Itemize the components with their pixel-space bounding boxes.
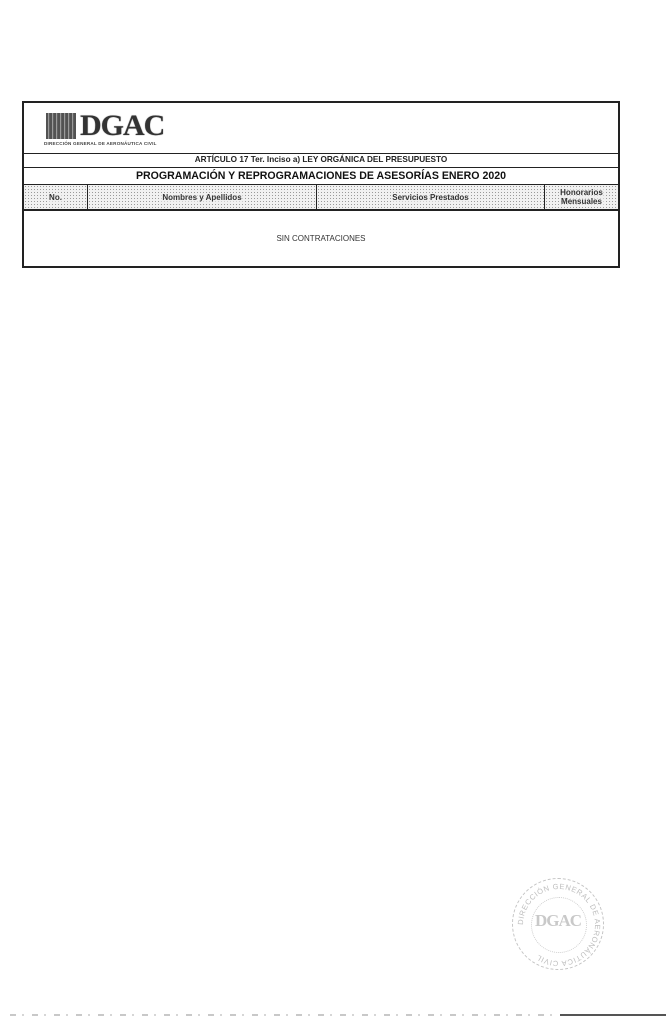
column-header-names: Nombres y Apellidos bbox=[88, 185, 317, 209]
stamp-logo: DGAC bbox=[535, 911, 581, 931]
logo-header-row: DGAC DIRECCIÓN GENERAL DE AERONÁUTICA CI… bbox=[24, 103, 618, 154]
article-reference: ARTÍCULO 17 Ter. Inciso a) LEY ORGÁNICA … bbox=[24, 153, 618, 168]
column-header-number: No. bbox=[24, 185, 88, 209]
empty-table-message: SIN CONTRATACIONES bbox=[24, 211, 618, 266]
document-table-frame: DGAC DIRECCIÓN GENERAL DE AERONÁUTICA CI… bbox=[22, 101, 620, 268]
official-stamp: DIRECCIÓN GENERAL DE AERONÁUTICA CIVIL D… bbox=[512, 878, 604, 970]
column-header-services: Servicios Prestados bbox=[317, 185, 545, 209]
column-header-fees: Honorarios Mensuales bbox=[545, 185, 618, 209]
dgac-logo: DGAC DIRECCIÓN GENERAL DE AERONÁUTICA CI… bbox=[44, 111, 184, 147]
logo-caption: DIRECCIÓN GENERAL DE AERONÁUTICA CIVIL bbox=[44, 141, 157, 146]
logo-wordmark: DGAC bbox=[80, 109, 164, 143]
table-header-row: No. Nombres y Apellidos Servicios Presta… bbox=[24, 185, 618, 211]
scan-footer-line bbox=[560, 1014, 666, 1016]
logo-emblem-icon bbox=[46, 113, 76, 139]
document-title: PROGRAMACIÓN Y REPROGRAMACIONES DE ASESO… bbox=[24, 168, 618, 185]
